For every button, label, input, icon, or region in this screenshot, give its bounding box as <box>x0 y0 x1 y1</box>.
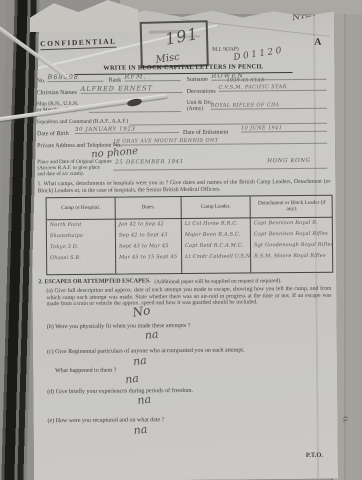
table-cell-empty <box>251 262 333 273</box>
question-2-heading: 2. ESCAPES OR ATTEMPTED ESCAPES. <box>38 278 150 286</box>
decorations-label: Decorations <box>187 89 216 96</box>
ship-blank-line <box>89 111 181 113</box>
table-cell: Shamshuipo <box>47 231 116 243</box>
table-cell: Sept 43 to Mar 45 <box>116 241 182 253</box>
question-2d-text: (d) Give briefly your experiences during… <box>47 388 193 396</box>
table-cell-empty <box>47 264 116 275</box>
crumpled-page-edge <box>120 0 362 14</box>
pto-label: P.T.O. <box>306 452 323 459</box>
table-cell: Major Boon R.A.S.C. <box>182 229 251 241</box>
table-cell: Sep 42 to Sept 43 <box>116 230 182 242</box>
table-cell-empty <box>116 263 182 274</box>
column-header: Dates. <box>116 197 182 220</box>
question-2e-text: (e) How were you recaptured and on what … <box>48 417 165 425</box>
decorations-value: C.V.S.M. PACIFIC STAR <box>219 84 327 92</box>
table-cell: Ohassi S.B. <box>47 253 116 265</box>
table-cell: Lt Cmdr Caldwell U.S.N. <box>182 251 251 263</box>
table-cell: Lt Col Home R.R.C. <box>182 218 251 230</box>
unit-label: (Army) <box>187 106 204 112</box>
table-cell: Jan 42 to Sep 42 <box>116 219 182 231</box>
registry-stamp-box: 191 Misc <box>140 20 209 68</box>
date-of-birth-value: 30 JANUARY 1923 <box>75 126 179 134</box>
answer-2b: na <box>144 328 159 342</box>
enlistment-label: Date of Enlistment <box>183 130 228 137</box>
answer-2c2: na <box>124 372 139 386</box>
capture-date-value: 25 DECEMBER 1941 <box>115 159 184 166</box>
answer-2c: na <box>132 354 147 368</box>
christian-names-value: ALFRED ERNEST <box>81 84 183 94</box>
column-header: Camp or Hospital. <box>47 198 116 221</box>
question-1-text: 1. What camps, detachments or hospitals … <box>37 179 330 195</box>
capture-line <box>113 168 327 171</box>
question-2b-text: (b) Were you physically fit when you mad… <box>47 323 191 331</box>
camps-table: Camp or Hospital. Dates. Camp Leader. De… <box>46 195 334 276</box>
question-2a-text: (a) Give full description and approx. da… <box>46 286 331 308</box>
table-cell: Capt Bennison Royal Rifles <box>251 229 333 241</box>
decorations-extra-value: 1939-45 STAR <box>227 78 265 83</box>
table-cell: Sgt Goodenough Royal Rifles <box>251 240 333 252</box>
edge-page-letter: O. <box>342 416 349 422</box>
rank-value: RFM. <box>124 72 180 81</box>
surname-label: Surname <box>187 77 208 84</box>
question-2c2-text: What happened to them ? <box>55 368 116 376</box>
section-letter: A <box>314 37 321 48</box>
handwritten-file-number: 191 <box>164 24 200 49</box>
table-cell: Mar 45 to 15 Sept 45 <box>116 252 182 264</box>
table-cell: Tokyo 3 D. <box>47 242 116 254</box>
table-cell: Capt Bennison Royal R. <box>251 218 333 230</box>
capture-place-value: HONG KONG <box>267 158 310 164</box>
pencil-number-annotation: D01120 <box>233 46 285 63</box>
question-2-note: (Additional paper will be supplied on re… <box>154 278 281 285</box>
column-header: Camp Leader. <box>182 196 251 219</box>
photo-background: CONFIDENTIAL 191 Misc M.I. 9(JAP) NIL. D… <box>0 0 362 480</box>
table-cell: R.S.M. Moore Royal Rifles <box>251 251 333 263</box>
form-page: CONFIDENTIAL 191 Misc M.I. 9(JAP) NIL. D… <box>30 9 338 480</box>
answer-2a: No <box>132 303 152 319</box>
table-cell: Capt Reid R.C.A.M.C. <box>182 240 251 252</box>
table-cell-empty <box>182 262 251 273</box>
table-cell: North Point <box>47 220 116 232</box>
unit-value: ROYAL RIFLES OF CDA <box>211 102 327 110</box>
column-header: Detachment or Block Leader (if any). <box>251 196 334 219</box>
answer-2d: na <box>137 393 152 407</box>
address-value: 18 GRAY AVE MOUNT DENNIS ONT <box>113 137 327 146</box>
enlistment-value: 10 JUNE 1941 <box>241 125 327 133</box>
answer-2e: na <box>133 423 148 437</box>
